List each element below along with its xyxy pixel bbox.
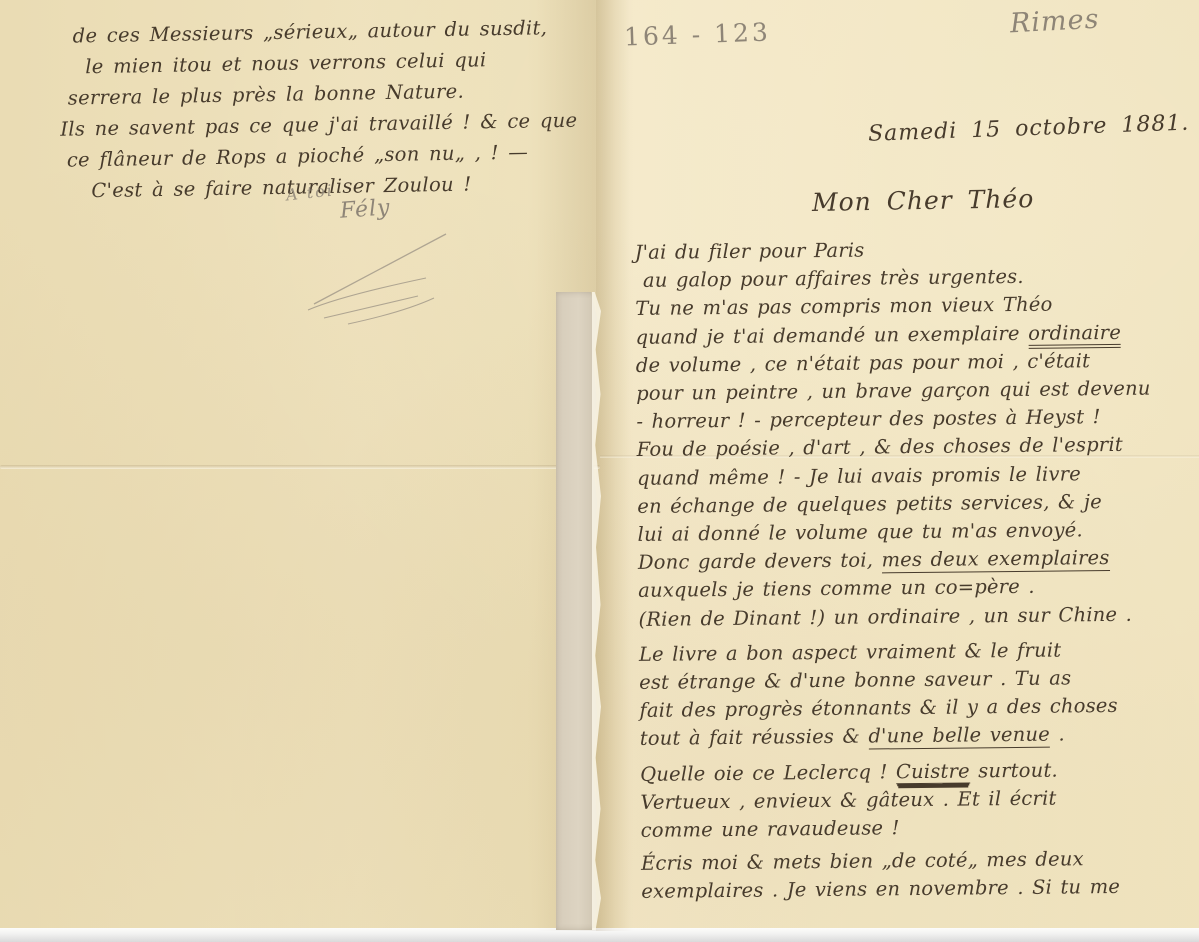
- text-segment: quand même ! - Je lui avais promis le li…: [637, 462, 1081, 490]
- text-segment: ce flâneur de Rops a pioché „son nu„ , !…: [67, 141, 529, 172]
- horizontal-crease-left-page: [0, 465, 600, 469]
- text-segment: pour un peintre , un brave garçon qui es…: [636, 377, 1151, 405]
- text-segment: Ils ne savent pas ce que j'ai travaillé …: [60, 109, 577, 141]
- salutation: Mon Cher Théo: [812, 184, 1035, 217]
- text-segment: Donc garde devers toi,: [638, 549, 882, 575]
- text-segment: auxquels je tiens comme un co=père .: [638, 575, 1035, 602]
- text-segment: en échange de quelques petits services, …: [637, 490, 1102, 518]
- text-segment: comme une ravaudeuse !: [641, 816, 900, 842]
- text-segment: J'ai du filer pour Paris: [635, 239, 865, 264]
- underlined-phrase: Cuistre: [896, 759, 970, 784]
- signature-flourish-icon: [296, 226, 466, 326]
- letter-line: tout à fait réussies & d'une belle venue…: [640, 720, 1199, 754]
- letter-scan: de ces Messieurs „sérieux„ autour du sus…: [0, 0, 1199, 942]
- tape-repair-strip: [556, 292, 597, 930]
- text-segment: exemplaires . Je viens en novembre . Si …: [641, 875, 1120, 903]
- text-segment: Écris moi & mets bien „de coté„ mes deux: [641, 848, 1084, 876]
- text-segment: C'est à se faire naturaliser Zoulou !: [91, 173, 472, 203]
- text-segment: de volume , ce n'était pas pour moi , c'…: [636, 349, 1091, 377]
- text-segment: est étrange & d'une bonne saveur . Tu as: [639, 666, 1071, 694]
- text-segment: au galop pour affaires très urgentes.: [643, 265, 1024, 292]
- letter-line: Fou de poésie , d'art , & des choses de …: [637, 430, 1197, 464]
- text-segment: surtout.: [970, 758, 1058, 782]
- underlined-phrase: ordinaire: [1028, 320, 1121, 348]
- text-segment: Le livre a bon aspect vraiment & le frui…: [639, 638, 1062, 665]
- text-segment: Fou de poésie , d'art , & des choses de …: [637, 433, 1123, 461]
- text-segment: fait des progrès étonnants & il y a des …: [639, 694, 1118, 722]
- letter-body: J'ai du filer pour Parisau galop pour af…: [635, 233, 1199, 906]
- text-segment: Tu ne m'as pas compris mon vieux Théo: [635, 293, 1052, 320]
- letter-line: exemplaires . Je viens en novembre . Si …: [641, 873, 1199, 907]
- text-segment: lui ai donné le volume que tu m'as envoy…: [637, 518, 1082, 546]
- text-segment: - horreur ! - percepteur des postes à He…: [636, 405, 1100, 433]
- catalog-number-annotation: 164 - 123: [624, 17, 772, 51]
- text-segment: quand je t'ai demandé un exemplaire: [635, 321, 1028, 348]
- text-segment: de ces Messieurs „sérieux„ autour du sus…: [72, 16, 547, 47]
- text-segment: .: [1050, 723, 1065, 746]
- letter-line: comme une ravaudeuse !: [641, 811, 1199, 845]
- text-segment: Vertueux , envieux & gâteux . Et il écri…: [640, 786, 1056, 813]
- letter-line: quand je t'ai demandé un exemplaire ordi…: [635, 318, 1195, 352]
- text-segment: le mien itou et nous verrons celui qui: [85, 48, 487, 78]
- underlined-phrase: d'une belle venue: [868, 723, 1050, 750]
- text-segment: tout à fait réussies &: [640, 725, 869, 750]
- signature: Fély: [339, 195, 391, 223]
- text-segment: Quelle oie ce Leclercq !: [640, 760, 896, 786]
- left-page-text: de ces Messieurs „sérieux„ autour du sus…: [58, 11, 601, 206]
- letter-line: (Rien de Dinant !) un ordinaire , un sur…: [638, 600, 1198, 634]
- text-segment: (Rien de Dinant !) un ordinaire , un sur…: [638, 602, 1132, 630]
- underlined-phrase: mes deux exemplaires: [881, 546, 1109, 573]
- text-segment: serrera le plus près la bonne Nature.: [68, 80, 465, 110]
- center-fold: [596, 0, 638, 931]
- pencil-title-annotation: Rimes: [1009, 4, 1100, 40]
